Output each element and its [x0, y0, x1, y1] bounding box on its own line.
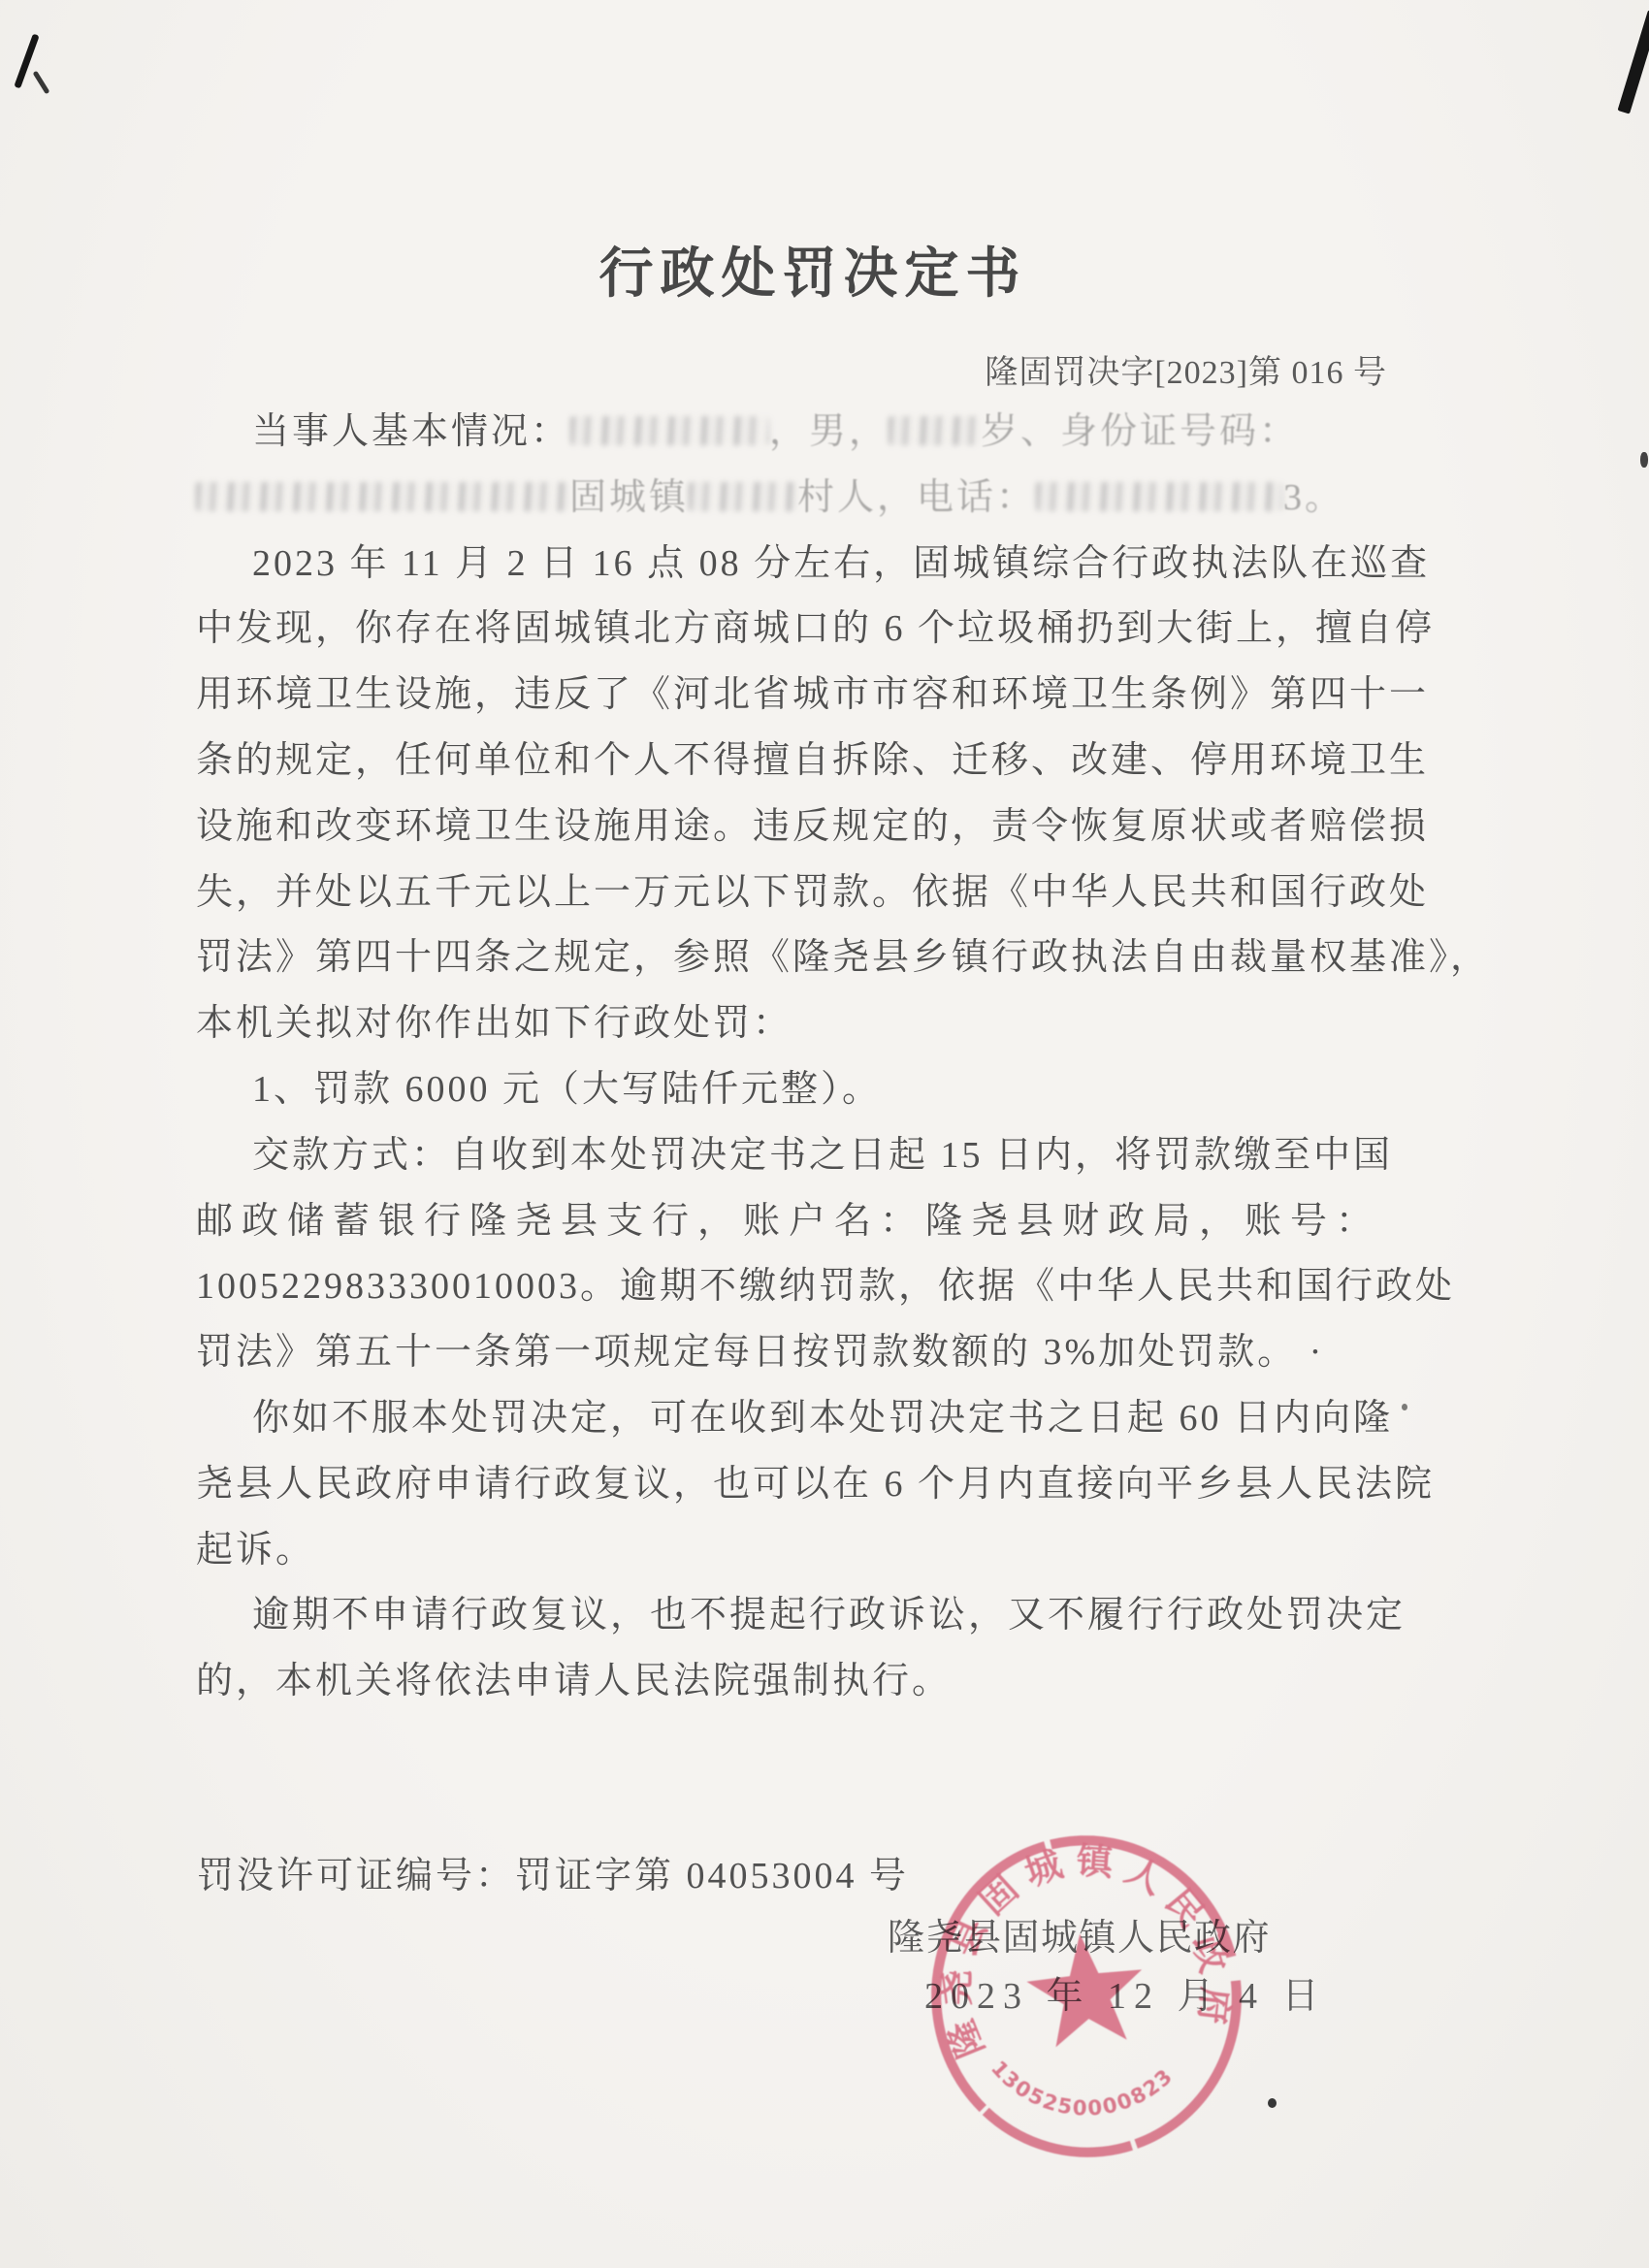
body-line-1: 当事人基本情况：，男，岁、身份证号码：: [196, 400, 1389, 466]
body-line-16: 你如不服本处罚决定，可在收到本处罚决定书之日起 60 日内向隆: [196, 1386, 1389, 1452]
body-line-18: 起诉。: [196, 1518, 1389, 1584]
text-fragment: 岁、身份证号码：: [981, 411, 1299, 452]
body-line-6: 条的规定，任何单位和个人不得擅自拆除、迁移、改建、停用环境卫生: [196, 729, 1389, 794]
body-line-4: 中发现，你存在将固城镇北方商城口的 6 个垃圾桶扔到大街上，擅自停: [196, 597, 1389, 663]
redacted-smudge: [689, 482, 797, 511]
redacted-smudge: [196, 482, 569, 511]
body-line-12: 交款方式：自收到本处罚决定书之日起 15 日内，将罚款缴至中国: [196, 1123, 1389, 1189]
body-line-3: 2023 年 11 月 2 日 16 点 08 分左右，固城镇综合行政执法队在巡…: [196, 532, 1389, 598]
seal-star-icon: [1022, 1928, 1149, 2049]
seal-code: 1305250000823: [985, 2038, 1183, 2131]
scan-artifact-top-right: [1617, 10, 1649, 113]
body-line-10: 本机关拟对你作出如下行政处罚：: [196, 991, 1389, 1057]
text-fragment: 3。: [1283, 477, 1344, 518]
body-line-20: 的，本机关将依法申请人民法院强制执行。: [196, 1649, 1389, 1715]
official-seal: 隆尧县固城镇人民政府 1305250000823: [902, 1807, 1270, 2186]
page-title: 行政处罚决定书: [0, 231, 1637, 308]
body-line-5: 用环境卫生设施，违反了《河北省城市市容和环境卫生条例》第四十一: [196, 663, 1389, 729]
text-fragment: 固城镇: [569, 477, 689, 518]
document-number: 隆固罚决字[2023]第 016 号: [985, 345, 1387, 393]
body-line-9: 罚法》第四十四条之规定，参照《隆尧县乡镇行政执法自由裁量权基准》，: [196, 925, 1389, 991]
svg-text:1305250000823: 1305250000823: [985, 2038, 1183, 2131]
body-line-17: 尧县人民政府申请行政复议，也可以在 6 个月内直接向平乡县人民法院: [196, 1452, 1389, 1518]
scan-speck-mid: [1402, 1404, 1407, 1410]
document-body: 当事人基本情况：，男，岁、身份证号码：固城镇村人，电话：3。2023 年 11 …: [196, 400, 1389, 1715]
scan-artifact-top-left-2: [32, 71, 49, 95]
scan-artifact-top-left: [14, 34, 39, 89]
redacted-smudge: [1036, 482, 1283, 511]
scanned-penalty-decision-page: 行政处罚决定书 隆固罚决字[2023]第 016 号 当事人基本情况：，男，岁、…: [0, 0, 1649, 2268]
body-line-11: 1、罚款 6000 元（大写陆仟元整）。: [196, 1057, 1389, 1123]
permit-number-line: 罚没许可证编号：罚证字第 04053004 号: [197, 1845, 909, 1898]
body-line-2: 固城镇村人，电话：3。: [196, 466, 1389, 532]
body-line-13: 邮政储蓄银行隆尧县支行，账户名：隆尧县财政局，账号：: [196, 1189, 1389, 1255]
text-fragment: ，男，: [769, 411, 889, 452]
body-line-19: 逾期不申请行政复议，也不提起行政诉讼，又不履行行政处罚决定: [196, 1583, 1389, 1649]
redacted-smudge: [889, 416, 981, 445]
body-line-7: 设施和改变环境卫生设施用途。违反规定的，责令恢复原状或者赔偿损: [196, 794, 1389, 860]
scan-speck-near-seal: [1268, 2098, 1277, 2108]
redacted-smudge: [570, 416, 769, 445]
body-line-8: 失，并处以五千元以上一万元以下罚款。依据《中华人民共和国行政处: [196, 860, 1389, 926]
text-fragment: 村人，电话：: [797, 477, 1036, 518]
body-line-15: 罚法》第五十一条第一项规定每日按罚款数额的 3%加处罚款。 ·: [196, 1320, 1389, 1386]
scan-speck-right-edge: [1640, 452, 1648, 468]
body-line-14: 100522983330010003。逾期不缴纳罚款，依据《中华人民共和国行政处: [196, 1254, 1389, 1320]
text-fragment: 当事人基本情况：: [252, 411, 570, 452]
